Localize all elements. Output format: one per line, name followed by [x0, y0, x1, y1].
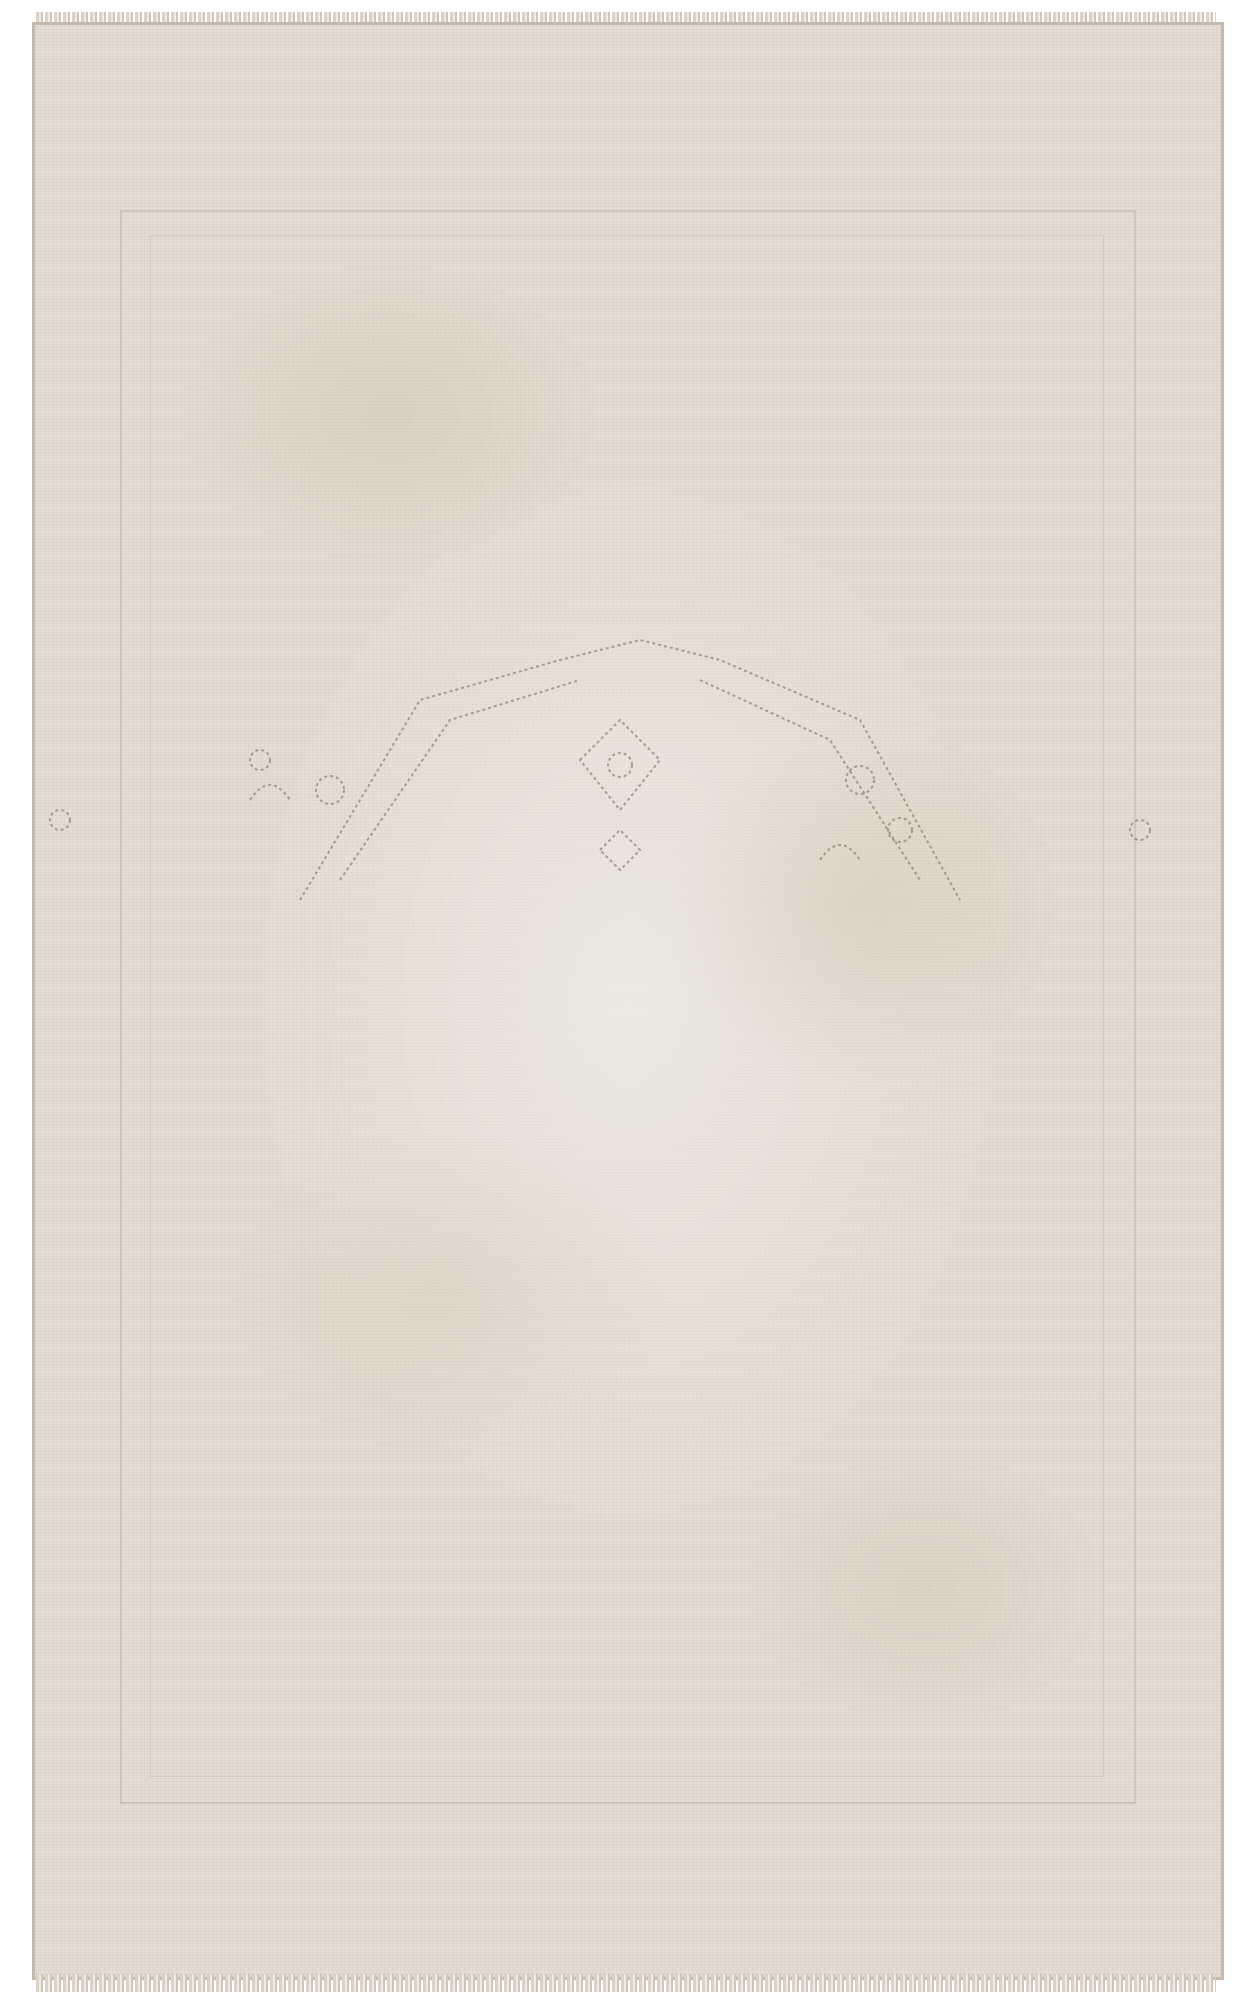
medallion-motif — [0, 0, 1253, 2000]
rug-fringe-bottom — [36, 1974, 1216, 1992]
